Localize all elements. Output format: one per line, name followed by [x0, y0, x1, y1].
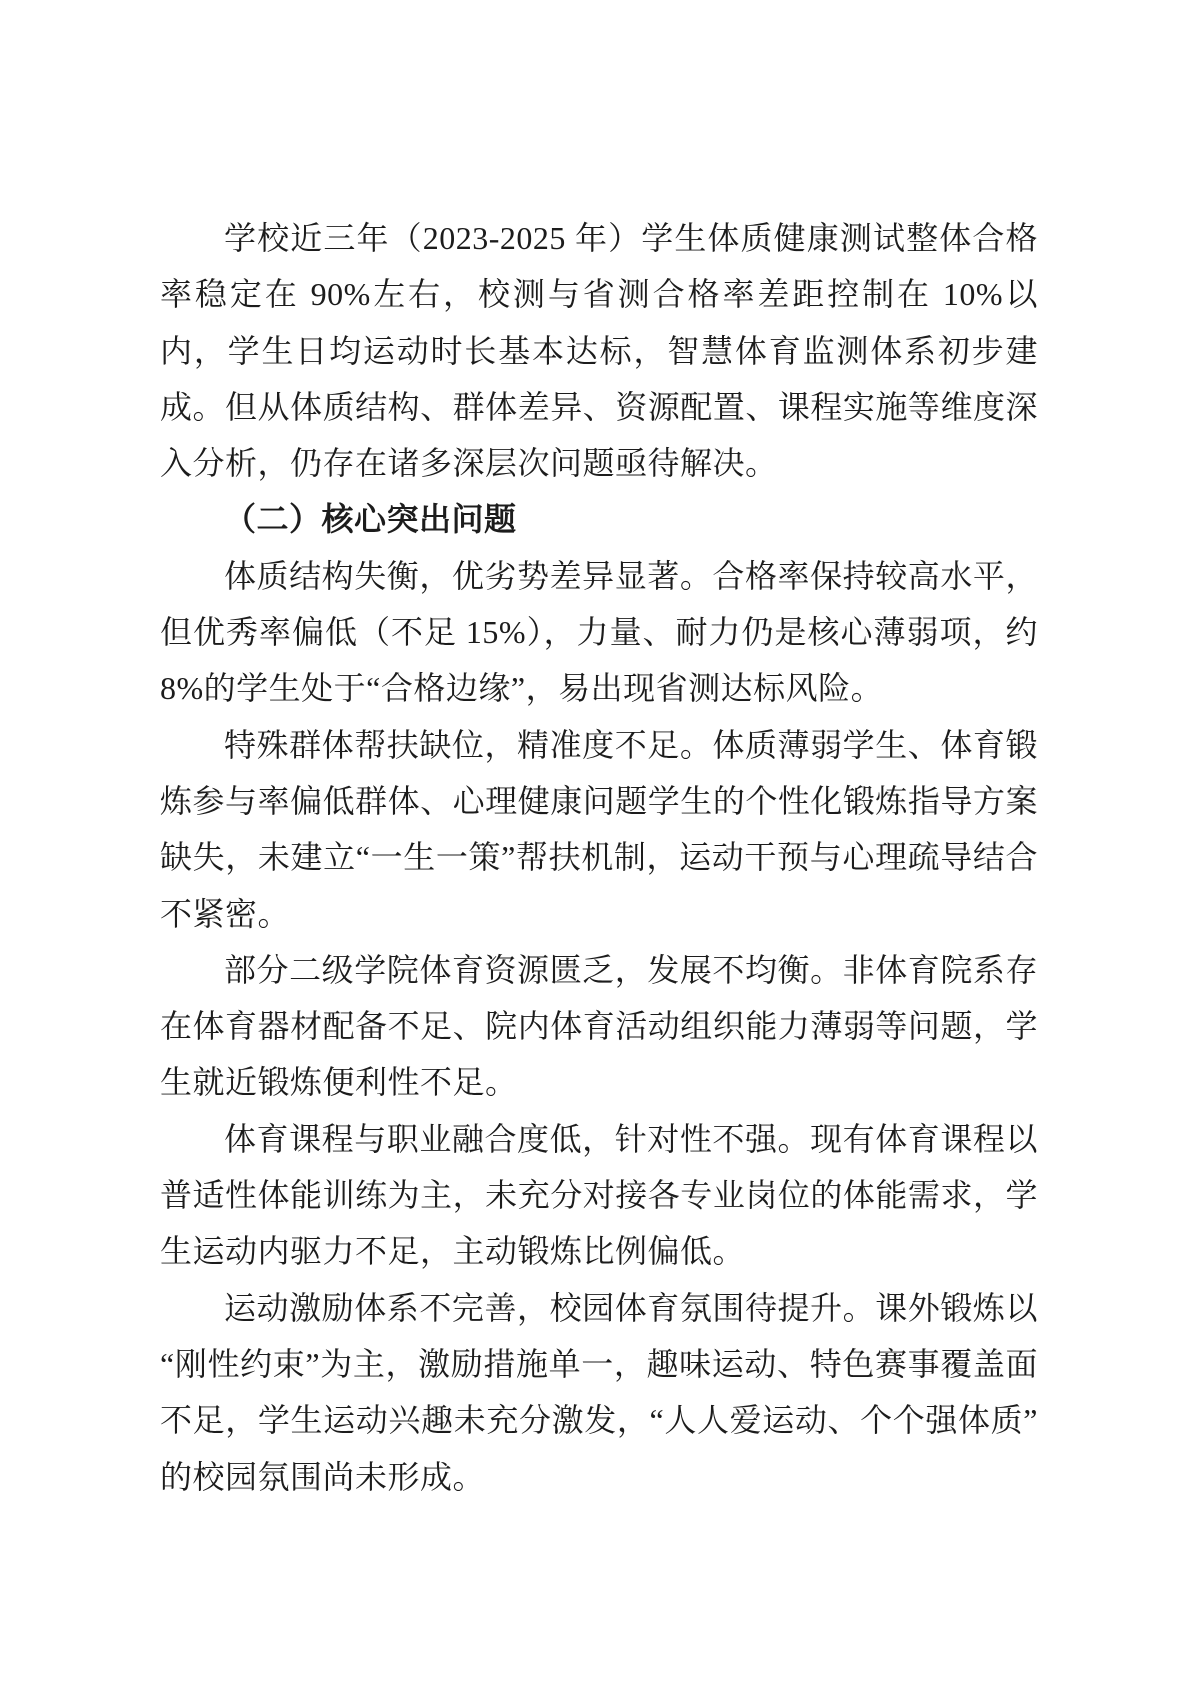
paragraph-curriculum-career-integration: 体育课程与职业融合度低，针对性不强。现有体育课程以普适性体能训练为主，未充分对接… [160, 1111, 1038, 1280]
paragraph-incentive-system: 运动激励体系不完善，校园体育氛围待提升。课外锻炼以“刚性约束”为主，激励措施单一… [160, 1280, 1038, 1505]
document-page: 学校近三年（2023-2025 年）学生体质健康测试整体合格率稳定在 90%左右… [0, 0, 1191, 1684]
paragraph-overview: 学校近三年（2023-2025 年）学生体质健康测试整体合格率稳定在 90%左右… [160, 210, 1038, 491]
paragraph-special-groups-support-gap: 特殊群体帮扶缺位，精准度不足。体质薄弱学生、体育锻炼参与率偏低群体、心理健康问题… [160, 717, 1038, 942]
section-heading-core-problems: （二）核心突出问题 [160, 491, 1038, 547]
document-content: 学校近三年（2023-2025 年）学生体质健康测试整体合格率稳定在 90%左右… [160, 210, 1038, 1505]
paragraph-resource-shortage: 部分二级学院体育资源匮乏，发展不均衡。非体育院系存在体育器材配备不足、院内体育活… [160, 942, 1038, 1111]
paragraph-fitness-structure-imbalance: 体质结构失衡，优劣势差异显著。合格率保持较高水平，但优秀率偏低（不足 15%），… [160, 548, 1038, 717]
